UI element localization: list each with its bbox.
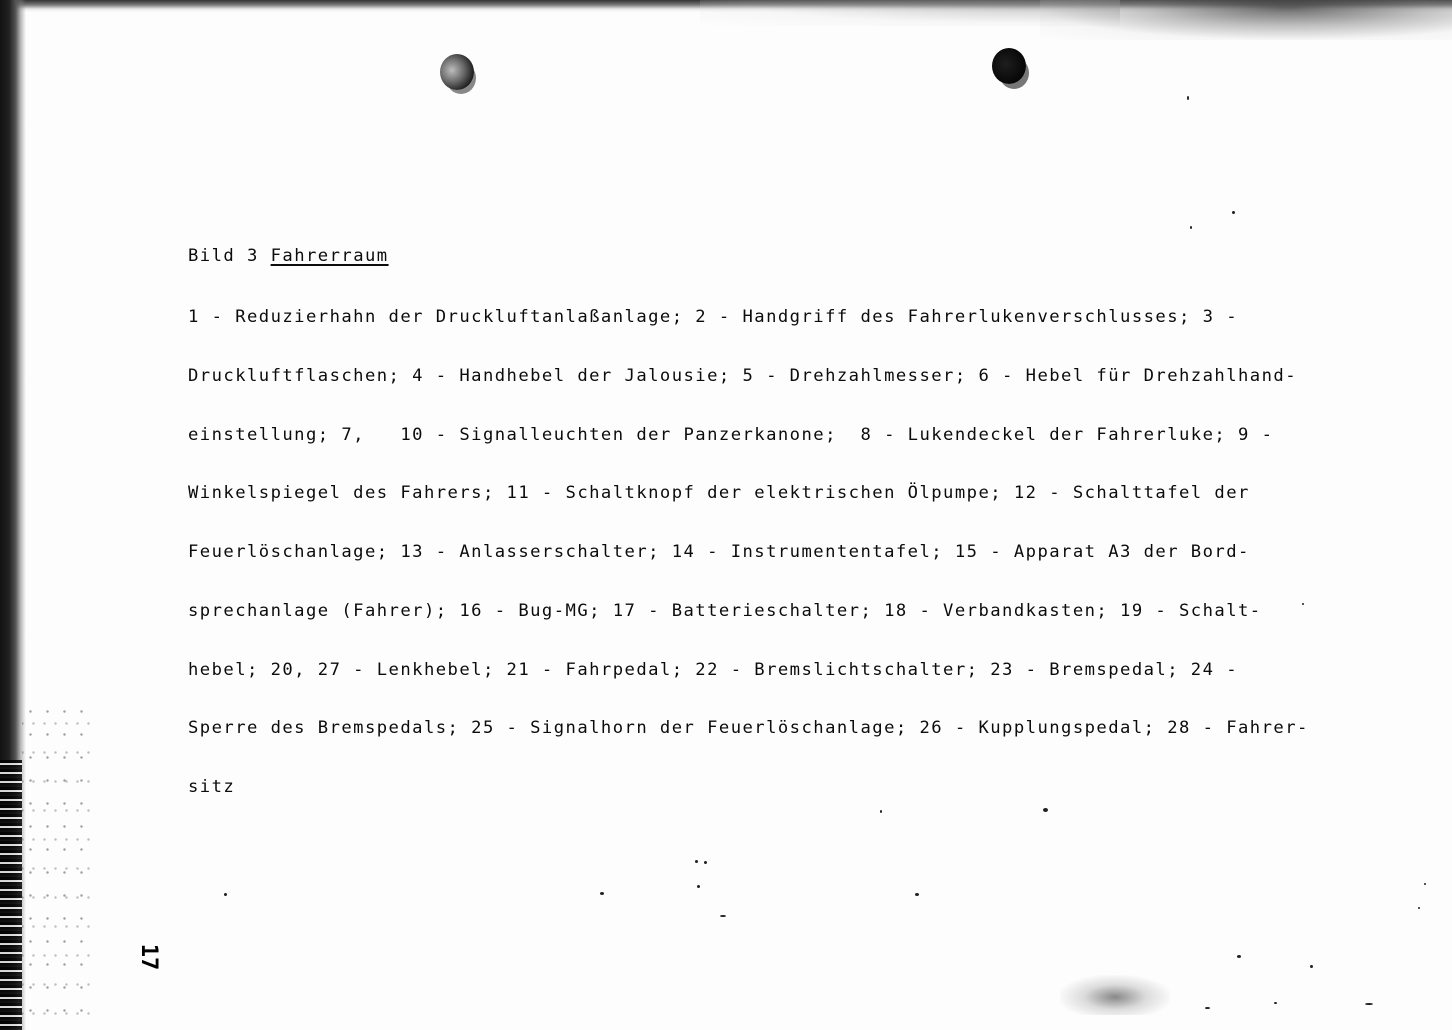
scan-bottom-smudge bbox=[1060, 975, 1170, 1015]
scan-speck bbox=[1310, 965, 1313, 968]
figure-caption: Bild 3 Fahrerraum 1 - Reduzierhahn der D… bbox=[188, 208, 1318, 837]
scan-speck bbox=[720, 915, 726, 917]
scan-speck bbox=[1205, 1007, 1210, 1009]
figure-heading: Bild 3 Fahrerraum bbox=[188, 247, 1318, 267]
scan-speck bbox=[880, 810, 882, 813]
scan-speck bbox=[1190, 226, 1192, 229]
scan-speck bbox=[1418, 907, 1420, 909]
figure-title: Fahrerraum bbox=[271, 246, 389, 266]
scan-speck bbox=[1302, 603, 1304, 605]
scan-speck bbox=[704, 861, 707, 864]
caption-line: Druckluftflaschen; 4 - Handhebel der Jal… bbox=[188, 367, 1318, 387]
scan-speck bbox=[697, 885, 700, 888]
scan-speck bbox=[600, 892, 604, 895]
punch-hole-icon bbox=[440, 54, 474, 90]
caption-line: einstellung; 7, 10 - Signalleuchten der … bbox=[188, 426, 1318, 446]
scan-speck bbox=[1274, 1002, 1277, 1004]
scan-left-edge-stripes bbox=[0, 760, 22, 1030]
scan-speck bbox=[1424, 883, 1426, 885]
caption-line: Sperre des Bremspedals; 25 - Signalhorn … bbox=[188, 719, 1318, 739]
scan-speck bbox=[695, 860, 698, 863]
scan-top-right-smudge bbox=[1040, 0, 1452, 40]
page-number: 17 bbox=[136, 937, 160, 977]
scan-speck bbox=[1043, 808, 1048, 812]
scan-speck bbox=[1237, 955, 1241, 958]
caption-line: 1 - Reduzierhahn der Druckluftanlaßanlag… bbox=[188, 308, 1318, 328]
caption-line: Winkelspiegel des Fahrers; 11 - Schaltkn… bbox=[188, 484, 1318, 504]
caption-line: sprechanlage (Fahrer); 16 - Bug-MG; 17 -… bbox=[188, 602, 1318, 622]
punch-hole-icon bbox=[992, 48, 1026, 84]
figure-label: Bild 3 bbox=[188, 246, 259, 266]
scan-dust-left bbox=[22, 700, 92, 1030]
scan-speck bbox=[224, 893, 227, 896]
caption-line: hebel; 20, 27 - Lenkhebel; 21 - Fahrpeda… bbox=[188, 661, 1318, 681]
scan-speck bbox=[1365, 1003, 1373, 1005]
caption-line: sitz bbox=[188, 778, 1318, 798]
scan-speck bbox=[1187, 96, 1189, 100]
scan-speck bbox=[1232, 211, 1235, 214]
scan-speck bbox=[915, 893, 919, 896]
scanned-page: Bild 3 Fahrerraum 1 - Reduzierhahn der D… bbox=[0, 0, 1452, 1030]
caption-line: Feuerlöschanlage; 13 - Anlasserschalter;… bbox=[188, 543, 1318, 563]
